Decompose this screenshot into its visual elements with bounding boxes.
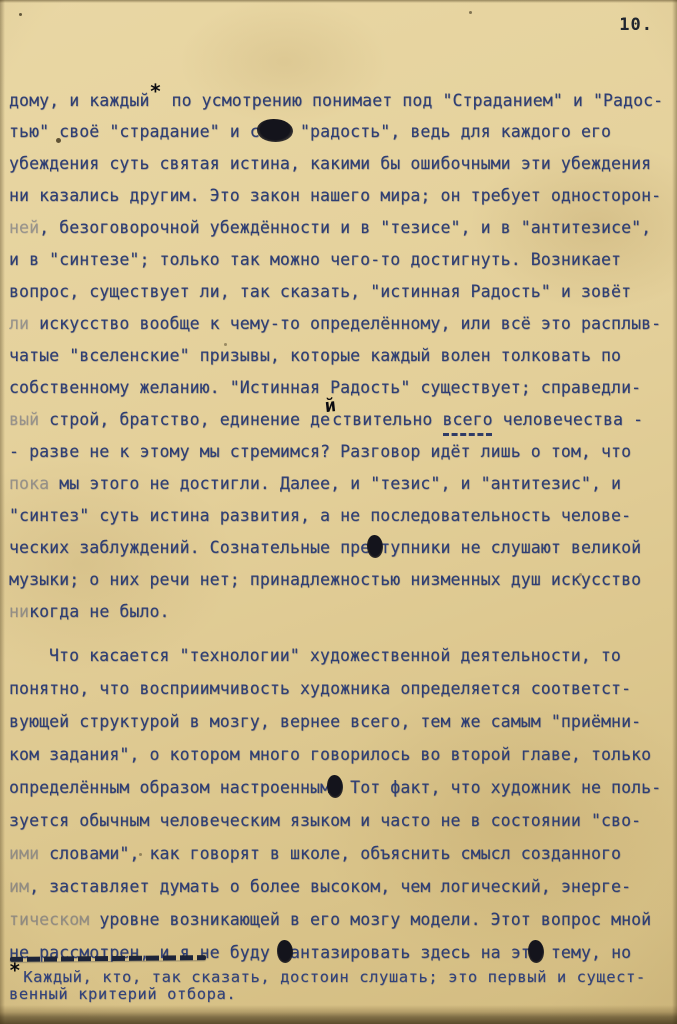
page-number: 10. <box>619 15 653 35</box>
text-segment: , заставляет думать о более высоком, чем… <box>29 877 631 896</box>
text-segment: вующей структурой в мозгу, вернее всего,… <box>9 712 641 731</box>
body-text: дому, и каждый* по усмотрению понимает п… <box>9 84 671 969</box>
text-segment: тупники не слушают великой <box>380 538 641 557</box>
text-segment: "синтез" суть истина развития, а не посл… <box>9 506 631 525</box>
text-line: ческих заблуждений. Сознательные преступ… <box>9 532 671 564</box>
text-segment: антазировать здесь на эт <box>290 943 531 962</box>
text-line: пока мы этого не достигли. Далее, и "тез… <box>9 468 671 500</box>
faded-text: тическом <box>9 910 89 929</box>
text-segment: Тот факт, что художник не поль- <box>340 778 661 797</box>
paragraph-1: дому, и каждый* по усмотрению понимает п… <box>9 84 671 628</box>
text-segment: ствительно <box>332 410 442 429</box>
faded-text: пока <box>9 474 49 493</box>
underlined-word: всего <box>442 410 492 429</box>
text-segment: музыки; о них речи нет; принадлежностью … <box>9 570 641 589</box>
text-line: чатые "вселенские" призывы, которые кажд… <box>9 340 671 372</box>
text-segment: вопрос, существует ли, так сказать, "ист… <box>9 282 631 301</box>
text-segment: ни казались другим. Это закон нашего мир… <box>9 186 661 205</box>
footnote-marker: * <box>9 959 21 982</box>
faded-text: ими <box>9 844 39 863</box>
text-segment: искусство вообще к чему-то определённому… <box>29 314 661 333</box>
text-segment: - разве не к этому мы стремимся? Разгово… <box>9 442 631 461</box>
text-line: зуется обычным человеческим языком и час… <box>9 804 671 837</box>
text-segment: строй, братство, единение де <box>39 410 330 429</box>
text-segment: тью" своё "страдание" и с <box>9 122 260 141</box>
text-segment: когда не было. <box>29 602 169 621</box>
text-line: венный критерий отбора. <box>9 985 671 1004</box>
ink-blot: . <box>330 778 340 797</box>
text-line: убеждения суть святая истина, какими бы … <box>9 148 671 180</box>
text-segment: тему, но <box>541 943 631 962</box>
text-line: не рассмотрен, и я не буду фантазировать… <box>9 936 671 969</box>
text-segment: убеждения суть святая истина, какими бы … <box>9 154 651 173</box>
text-segment: зуется обычным человеческим языком и час… <box>9 811 641 830</box>
faded-text: ней <box>9 218 39 237</box>
faded-text: им <box>9 877 29 896</box>
text-line: ни казались другим. Это закон нашего мир… <box>9 180 671 212</box>
text-line: собственному желанию. "Истинная Радость"… <box>9 372 671 404</box>
text-line: тью" своё "страдание" и свою "радость", … <box>9 116 671 148</box>
text-line: ли искусство вообще к чему-то определённ… <box>9 308 671 340</box>
text-segment: понятно, что восприимчивость художника о… <box>9 679 631 698</box>
text-segment: уровне возникающей в его мозгу модели. Э… <box>89 910 651 929</box>
text-line: вый строй, братство, единение действител… <box>9 404 671 436</box>
text-line: "синтез" суть истина развития, а не посл… <box>9 500 671 532</box>
text-segment: дому, и каждый <box>9 91 149 110</box>
text-segment: венный критерий отбора. <box>9 985 236 1003</box>
text-segment: словами", как говорят в школе, объяснить… <box>39 844 621 863</box>
ink-blot: вою <box>260 122 290 141</box>
text-line: тическом уровне возникающей в его мозгу … <box>9 903 671 936</box>
text-line: Что касается "технологии" художественной… <box>9 639 671 672</box>
text-segment: Что касается "технологии" художественной… <box>49 646 621 665</box>
ink-blot: ф <box>280 943 290 962</box>
text-line: им, заставляет думать о более высоком, ч… <box>9 870 671 903</box>
text-line: определённым образом настроенным. Тот фа… <box>9 771 671 804</box>
text-line: *Каждый, кто, так сказать, достоин слуша… <box>9 966 671 985</box>
ink-blot: с <box>370 538 380 557</box>
text-line: - разве не к этому мы стремимся? Разгово… <box>9 436 671 468</box>
text-line: музыки; о них речи нет; принадлежностью … <box>9 564 671 596</box>
text-line: ими словами", как говорят в школе, объяс… <box>9 837 671 870</box>
footnote: *Каждый, кто, так сказать, достоин слуша… <box>9 966 671 1004</box>
text-line: понятно, что восприимчивость художника о… <box>9 672 671 705</box>
handwritten-asterisk: * <box>149 80 161 103</box>
text-segment: , безоговорочной убеждённости и в "тезис… <box>39 218 651 237</box>
faded-text: ли <box>9 314 29 333</box>
faded-text: вый <box>9 410 39 429</box>
text-line: вопрос, существует ли, так сказать, "ист… <box>9 276 671 308</box>
paragraph-2: Что касается "технологии" художественной… <box>9 639 671 969</box>
faded-text: ни <box>9 602 29 621</box>
text-line: и в "синтезе"; только так можно чего-то … <box>9 244 671 276</box>
text-line: ком задания", о котором много говорилось… <box>9 738 671 771</box>
text-segment: ческих заблуждений. Сознательные пре <box>9 538 370 557</box>
text-line: никогда не было. <box>9 596 671 628</box>
text-line: дому, и каждый* по усмотрению понимает п… <box>9 84 671 116</box>
paper-specks <box>19 13 22 16</box>
text-segment: Каждый, кто, так сказать, достоин слушат… <box>23 968 646 986</box>
document-page: 10. дому, и каждый* по усмотрению понима… <box>0 0 677 1024</box>
text-segment: мы этого не достигли. Далее, и "тезис", … <box>49 474 621 493</box>
text-line: ней, безоговорочной убеждённости и в "те… <box>9 212 671 244</box>
text-line: вующей структурой в мозгу, вернее всего,… <box>9 705 671 738</box>
text-segment: человечества - <box>493 410 644 429</box>
text-segment: и в "синтезе"; только так можно чего-то … <box>9 250 621 269</box>
text-segment: по усмотрению понимает под "Страданием" … <box>162 91 664 110</box>
text-segment: ком задания", о котором много говорилось… <box>9 745 651 764</box>
ink-blot: у <box>531 943 541 962</box>
text-segment: "радость", ведь для каждого его <box>290 122 611 141</box>
text-segment: определённым образом настроенным <box>9 778 330 797</box>
text-segment: чатые "вселенские" призывы, которые кажд… <box>9 346 621 365</box>
